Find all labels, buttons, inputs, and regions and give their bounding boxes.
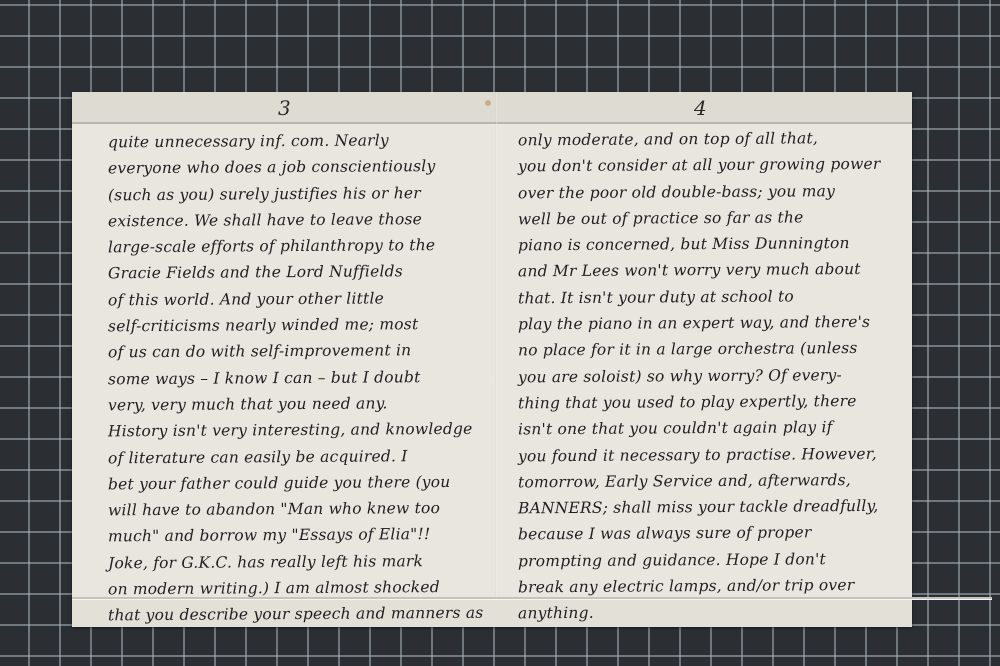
page-3-text: quite unnecessary inf. com. Nearly every… <box>108 128 488 628</box>
text-line: piano is concerned, but Miss Dunnington <box>518 230 908 259</box>
text-line: very, very much that you need any. <box>108 390 488 419</box>
text-line: and Mr Lees won't worry very much about <box>518 256 908 285</box>
text-line: (such as you) surely justifies his or he… <box>108 179 488 208</box>
text-line: isn't one that you couldn't again play i… <box>518 414 908 443</box>
text-line: no place for it in a large orchestra (un… <box>518 335 908 364</box>
text-line: tomorrow, Early Service and, afterwards, <box>518 466 908 495</box>
text-line: quite unnecessary inf. com. Nearly <box>108 127 488 156</box>
page-4-text: only moderate, and on top of all that, y… <box>518 126 908 626</box>
text-line: well be out of practice so far as the <box>518 204 908 233</box>
ink-stain <box>485 100 491 106</box>
text-line: of literature can easily be acquired. I <box>108 442 488 471</box>
text-line: of us can do with self-improvement in <box>108 337 488 366</box>
center-fold <box>495 92 497 627</box>
letter-sheet: 3 4 quite unnecessary inf. com. Nearly e… <box>72 92 912 627</box>
text-line: much" and borrow my "Essays of Elia"!! <box>108 521 488 550</box>
text-line: Joke, for G.K.C. has really left his mar… <box>108 547 488 576</box>
text-line: thing that you used to play expertly, th… <box>518 388 908 417</box>
text-line: everyone who does a job conscientiously <box>108 153 488 182</box>
text-line: that you describe your speech and manner… <box>108 600 488 629</box>
text-line: bet your father could guide you there (y… <box>108 469 488 498</box>
text-line: break any electric lamps, and/or trip ov… <box>518 572 908 601</box>
text-line: some ways – I know I can – but I doubt <box>108 363 488 392</box>
text-line: that. It isn't your duty at school to <box>518 282 908 311</box>
text-line: over the poor old double-bass; you may <box>518 177 908 206</box>
text-line: only moderate, and on top of all that, <box>518 125 908 154</box>
text-line: History isn't very interesting, and know… <box>108 416 488 445</box>
text-line: existence. We shall have to leave those <box>108 206 488 235</box>
text-line: will have to abandon "Man who knew too <box>108 495 488 524</box>
text-line: of this world. And your other little <box>108 284 488 313</box>
text-line: Gracie Fields and the Lord Nuffields <box>108 258 488 287</box>
text-line: you are soloist) so why worry? Of every- <box>518 361 908 390</box>
text-line: you don't consider at all your growing p… <box>518 151 908 180</box>
header-band: 3 4 <box>72 92 912 124</box>
text-line: prompting and guidance. Hope I don't <box>518 545 908 574</box>
text-line: play the piano in an expert way, and the… <box>518 309 908 338</box>
text-line: because I was always sure of proper <box>518 519 908 548</box>
page-number-right: 4 <box>694 96 707 120</box>
text-line: you found it necessary to practise. Howe… <box>518 440 908 469</box>
page-number-left: 3 <box>278 96 291 120</box>
text-line: anything. <box>518 598 908 627</box>
text-line: BANNERS; shall miss your tackle dreadful… <box>518 493 908 522</box>
text-line: self-criticisms nearly winded me; most <box>108 311 488 340</box>
text-line: on modern writing.) I am almost shocked <box>108 574 488 603</box>
text-line: large-scale efforts of philanthropy to t… <box>108 232 488 261</box>
